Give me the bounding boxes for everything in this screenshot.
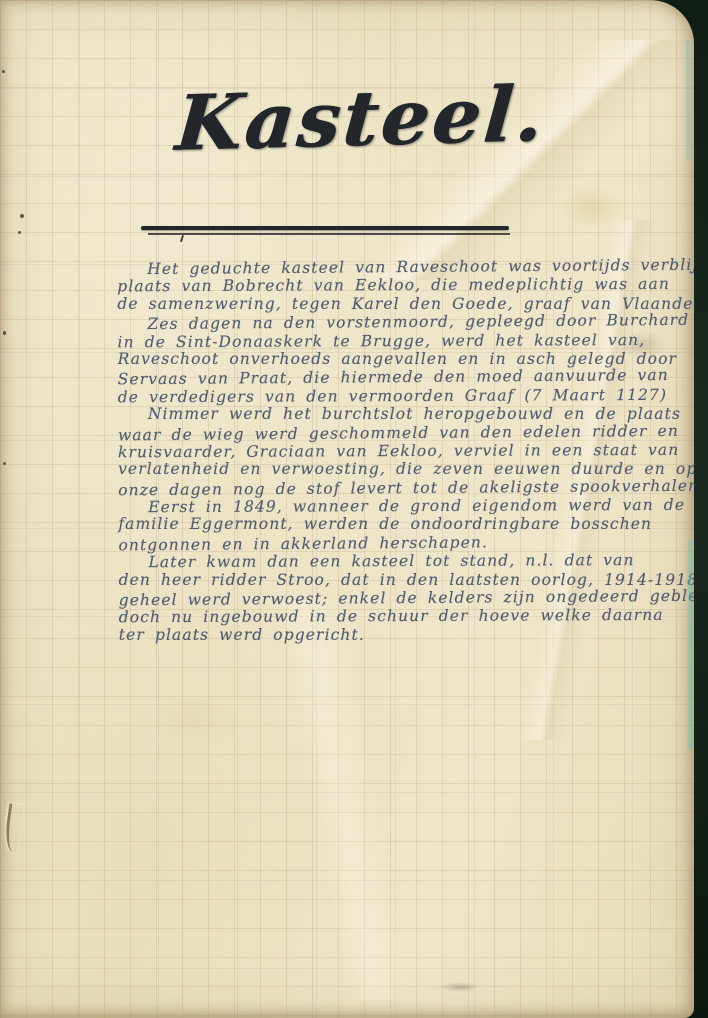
ink-speck: [18, 231, 21, 234]
handwritten-text-block: Het geduchte kasteel van Raveschoot was …: [117, 257, 694, 646]
ink-speck: [3, 331, 6, 335]
manuscript-line: verlatenheid en verwoesting, die zeven e…: [118, 460, 694, 478]
title-underline: [141, 226, 509, 230]
manuscript-line: familie Eggermont, werden de ondoordring…: [118, 515, 694, 533]
manuscript-line: doch nu ingebouwd in de schuur der hoeve…: [119, 606, 694, 627]
scan-edge-glow: [686, 40, 689, 160]
manuscript-line: Nimmer werd het burchtslot heropgebouwd …: [118, 405, 694, 423]
page-title: Kasteel.: [173, 69, 549, 168]
ink-speck: [2, 70, 5, 73]
scanned-manuscript-page: Kasteel. Het geduchte kasteel van Ravesc…: [0, 0, 708, 1018]
paper-sheet: Kasteel. Het geduchte kasteel van Ravesc…: [0, 0, 694, 1018]
title-underline-thin: [148, 233, 510, 235]
ink-speck: [3, 462, 6, 465]
manuscript-line: Later kwam dan een kasteel tot stand, n.…: [118, 551, 694, 572]
manuscript-line: den heer ridder Stroo, dat in den laatst…: [119, 571, 694, 589]
scan-edge-glow: [688, 540, 692, 750]
manuscript-line: waar de wieg werd geschommeld van den ed…: [118, 421, 694, 444]
manuscript-line: de verdedigers van den vermoorden Graaf …: [118, 385, 694, 406]
manuscript-line: plaats van Bobrecht van Eekloo, die mede…: [117, 275, 694, 296]
manuscript-line: ter plaats werd opgericht.: [119, 626, 694, 644]
manuscript-line: de samenzwering, tegen Karel den Goede, …: [117, 295, 694, 313]
ink-speck: [20, 214, 24, 218]
manuscript-line: in de Sint-Donaaskerk te Brugge, werd he…: [117, 330, 694, 351]
